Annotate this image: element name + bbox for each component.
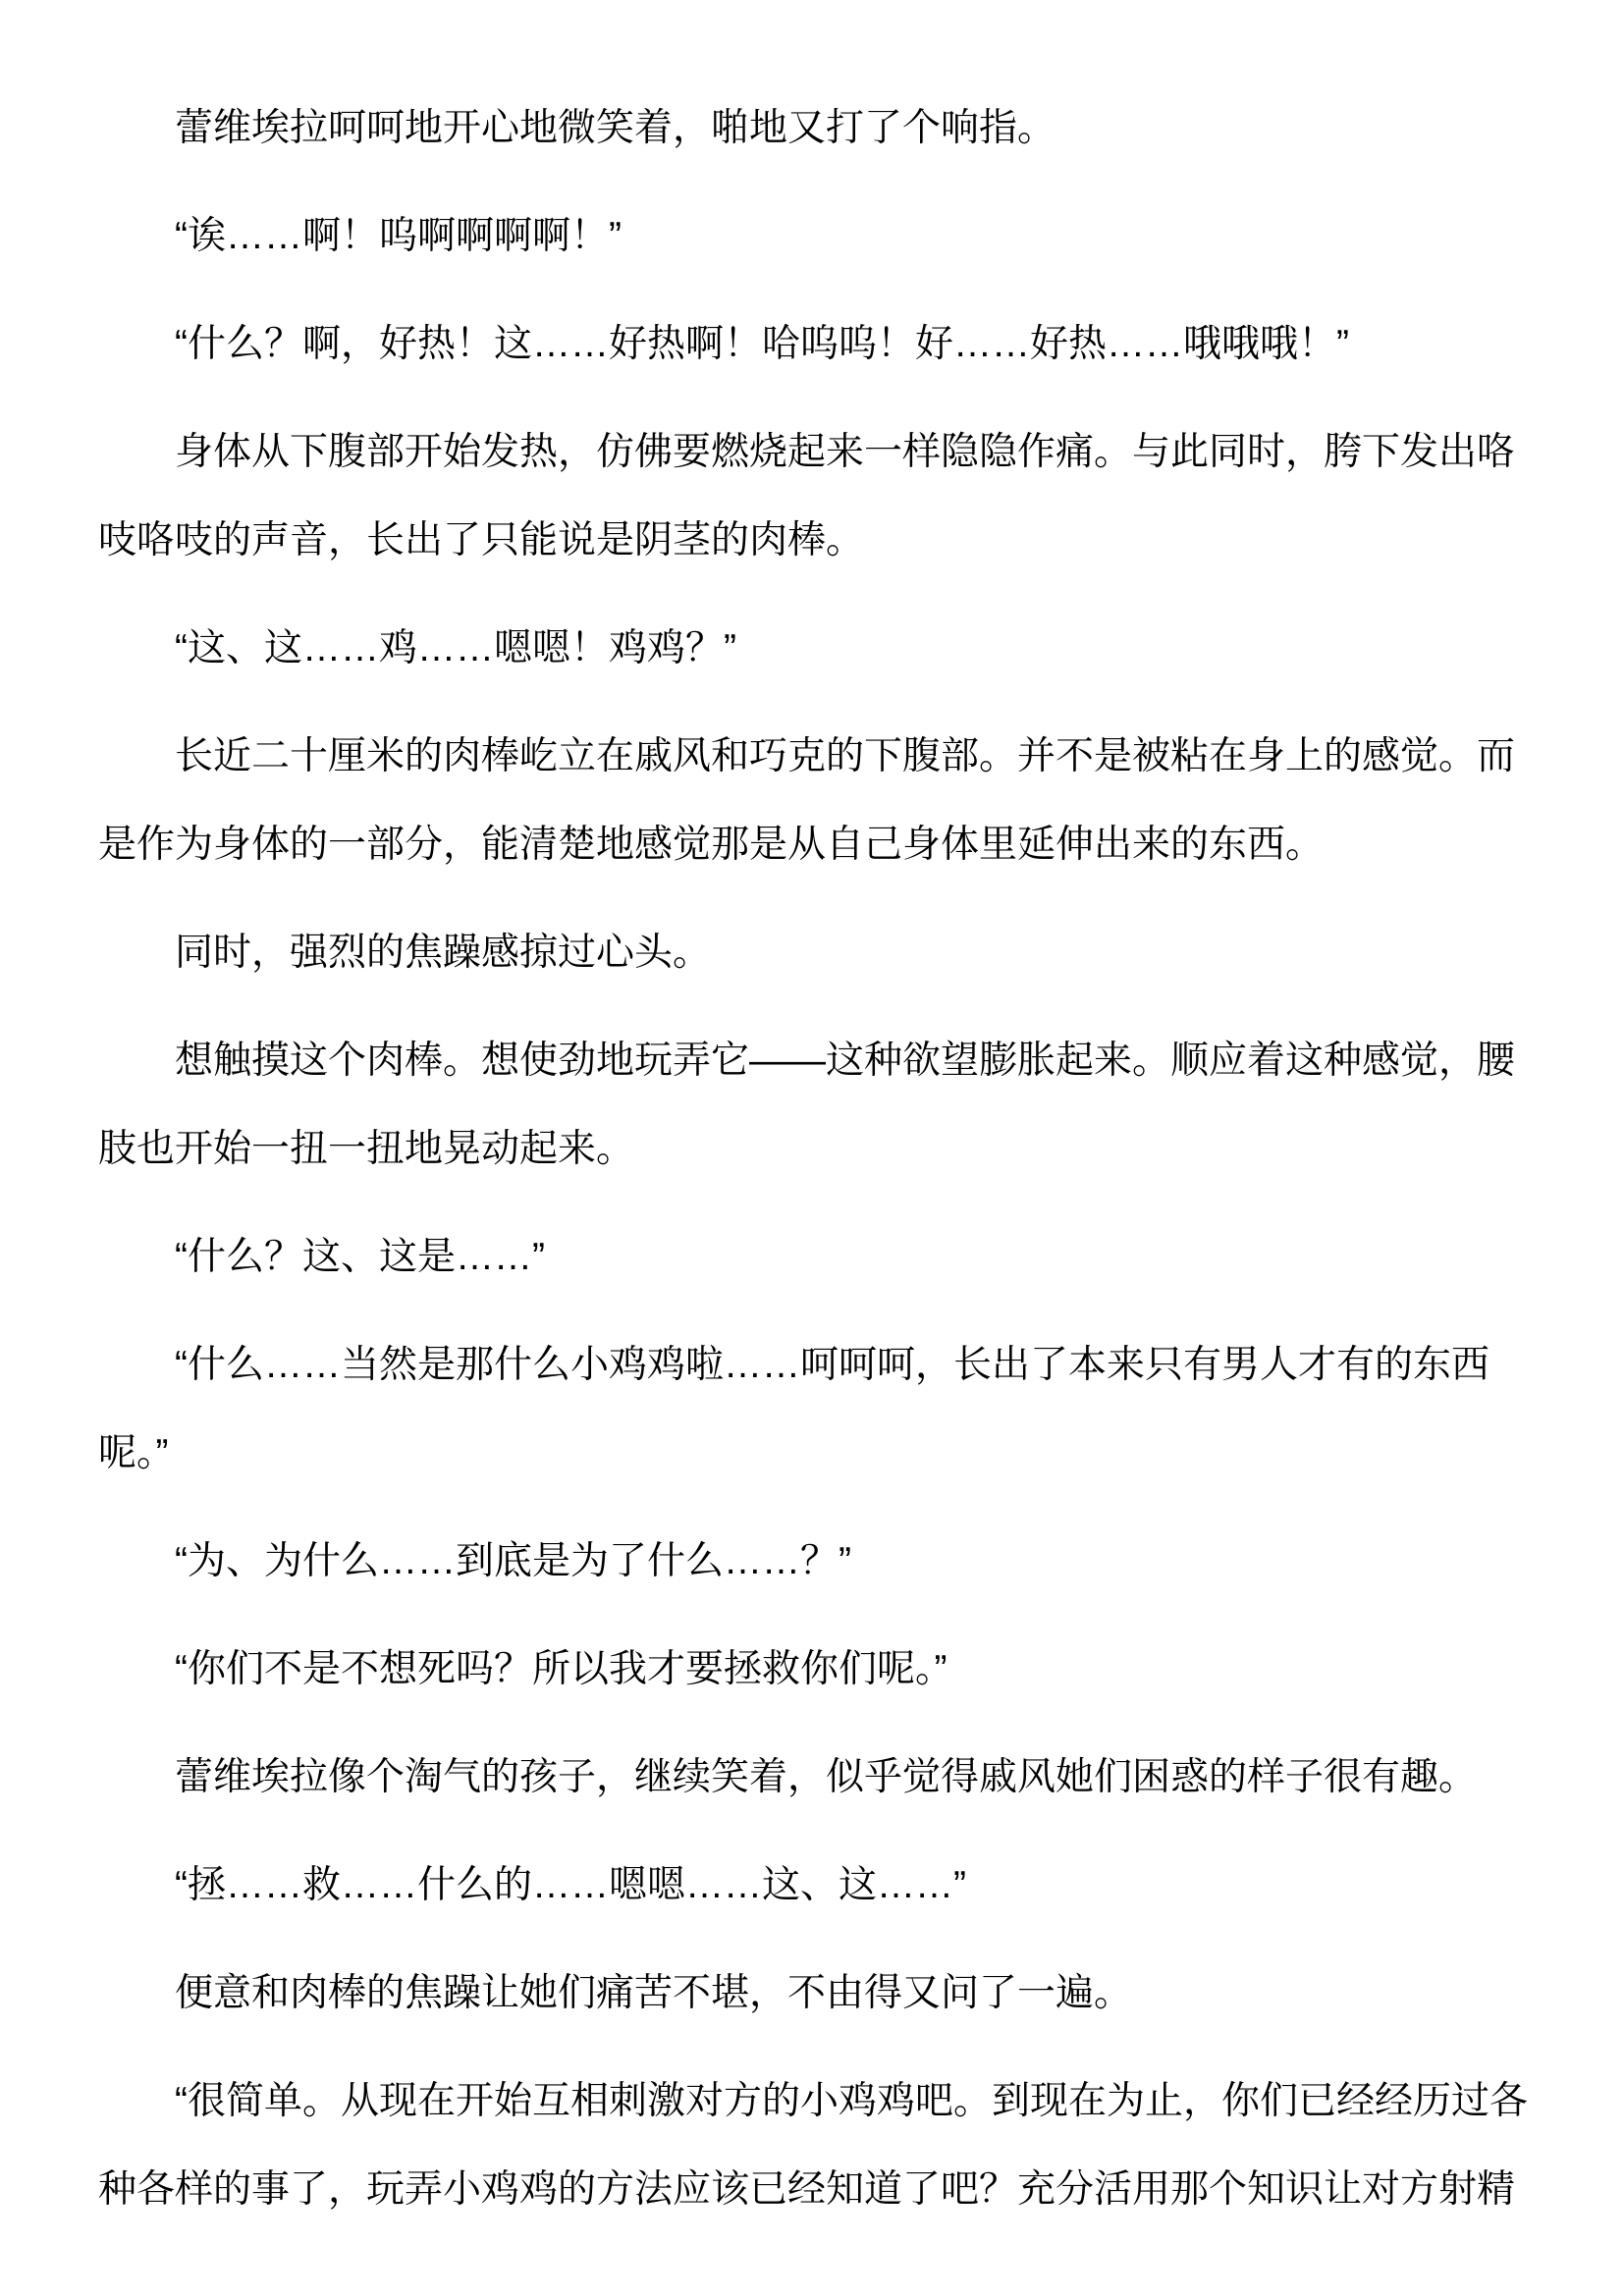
document-text-body: 蕾维埃拉呵呵地开心地微笑着，啪地又打了个响指。 “诶……啊！呜啊啊啊啊！” “什… [98, 84, 1529, 2234]
paragraph-10: “什么……当然是那什么小鸡鸡啦……呵呵呵，长出了本来只有男人才有的东西呢。” [98, 1321, 1529, 1498]
paragraph-8: 想触摸这个肉棒。想使劲地玩弄它——这种欲望膨胀起来。顺应着这种感觉，腰肢也开始一… [98, 1017, 1529, 1194]
paragraph-12: “你们不是不想死吗？所以我才要拯救你们呢。” [98, 1626, 1529, 1714]
paragraph-3: “什么？啊，好热！这……好热啊！哈呜呜！好……好热……哦哦哦！” [98, 300, 1529, 389]
paragraph-15: 便意和肉棒的焦躁让她们痛苦不堪，不由得又问了一遍。 [98, 1949, 1529, 2038]
paragraph-11: “为、为什么……到底是为了什么……？” [98, 1518, 1529, 1606]
paragraph-1: 蕾维埃拉呵呵地开心地微笑着，啪地又打了个响指。 [98, 84, 1529, 173]
paragraph-2: “诶……啊！呜啊啊啊啊！” [98, 192, 1529, 281]
paragraph-16: “很简单。从现在开始互相刺激对方的小鸡鸡吧。到现在为止，你们已经经历过各种各样的… [98, 2057, 1529, 2234]
paragraph-13: 蕾维埃拉像个淘气的孩子，继续笑着，似乎觉得戚风她们困惑的样子很有趣。 [98, 1734, 1529, 1822]
paragraph-9: “什么？这、这是……” [98, 1213, 1529, 1302]
paragraph-4: 身体从下腹部开始发热，仿佛要燃烧起来一样隐隐作痛。与此同时，胯下发出咯吱咯吱的声… [98, 408, 1529, 585]
paragraph-6: 长近二十厘米的肉棒屹立在戚风和巧克的下腹部。并不是被粘在身上的感觉。而是作为身体… [98, 713, 1529, 889]
paragraph-7: 同时，强烈的焦躁感掠过心头。 [98, 909, 1529, 997]
document-page: 蕾维埃拉呵呵地开心地微笑着，啪地又打了个响指。 “诶……啊！呜啊啊啊啊！” “什… [0, 0, 1624, 2296]
paragraph-14: “拯……救……什么的……嗯嗯……这、这……” [98, 1842, 1529, 1930]
paragraph-5: “这、这……鸡……嗯嗯！鸡鸡？” [98, 605, 1529, 693]
